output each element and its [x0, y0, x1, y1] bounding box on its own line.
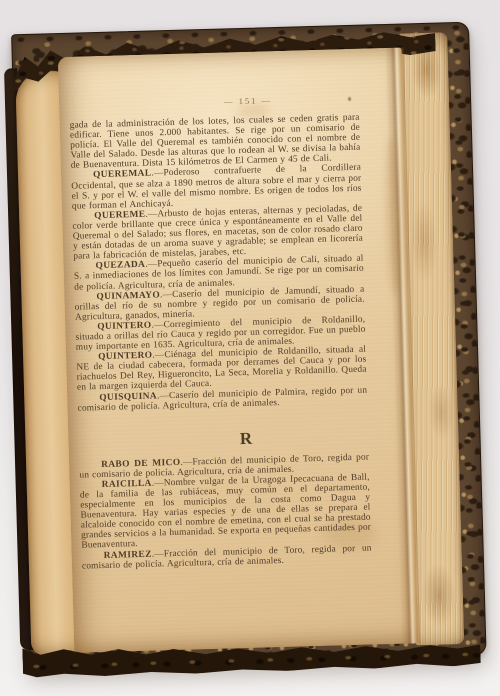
entry-separator: .—: [160, 290, 172, 300]
entry-separator: .—: [151, 320, 163, 330]
dictionary-entry: RAICILLA.—Nombre vulgar de la Uragoga Ip…: [80, 472, 372, 551]
entry-separator: .—: [145, 260, 157, 270]
book-page: — 151 — gada de la administración de los…: [58, 48, 419, 653]
page-text-area: — 151 — gada de la administración de los…: [58, 48, 419, 653]
entry-separator: .—: [152, 350, 164, 360]
photograph-backdrop: — 151 — gada de la administración de los…: [0, 0, 500, 696]
entries-section-r: RABO DE MICO.—Fracción del municipio de …: [79, 452, 372, 571]
entry-separator: .—: [180, 457, 192, 467]
continuation-paragraph: gada de la administración de los lotes, …: [70, 113, 361, 172]
entry-separator: .—: [152, 549, 164, 559]
entry-separator: .—: [145, 209, 157, 219]
page-number: — 151 —: [103, 92, 393, 110]
dictionary-entry: QUEREME.—Arbusto de hojas enteras, alter…: [72, 204, 363, 263]
section-heading-r: R: [101, 426, 391, 452]
book: — 151 — gada de la administración de los…: [3, 22, 487, 679]
entries-section-q: QUEREMAL.—Poderoso contrafuerte de la Co…: [71, 163, 368, 413]
entry-separator: .—: [151, 169, 163, 179]
entry-separator: .—: [157, 391, 169, 401]
entry-separator: .—: [152, 478, 164, 488]
